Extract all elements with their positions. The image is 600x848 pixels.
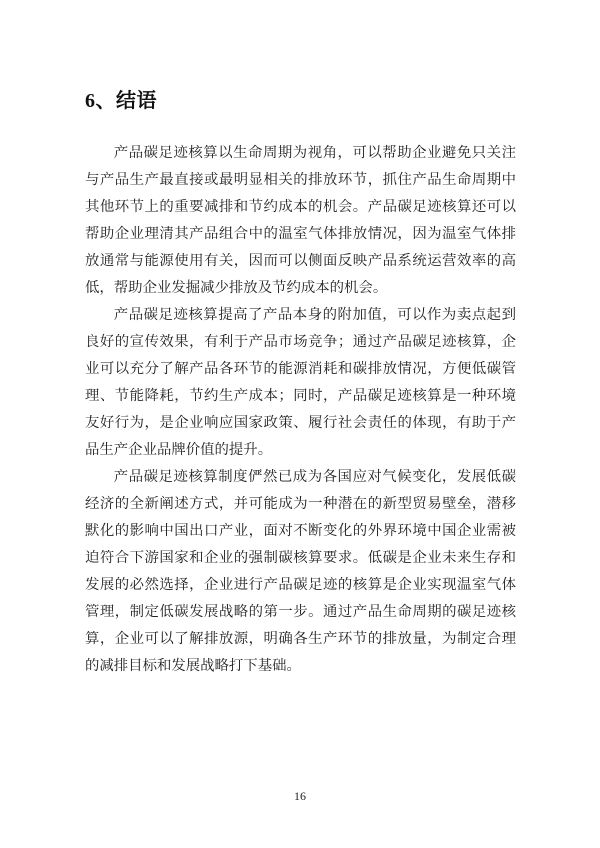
section-heading: 6、结语 — [85, 84, 516, 113]
page-content: 6、结语 产品碳足迹核算以生命周期为视角，可以帮助企业避免只关注与产品生产最直接… — [85, 84, 516, 680]
paragraph: 产品碳足迹核算提高了产品本身的附加值，可以作为卖点起到良好的宣传效果，有利于产品… — [85, 302, 516, 464]
paragraph: 产品碳足迹核算制度俨然已成为各国应对气候变化，发展低碳经济的全新阐述方式，并可能… — [85, 464, 516, 680]
document-page: 6、结语 产品碳足迹核算以生命周期为视角，可以帮助企业避免只关注与产品生产最直接… — [0, 0, 600, 848]
paragraph: 产品碳足迹核算以生命周期为视角，可以帮助企业避免只关注与产品生产最直接或最明显相… — [85, 140, 516, 302]
page-number: 16 — [0, 789, 600, 804]
